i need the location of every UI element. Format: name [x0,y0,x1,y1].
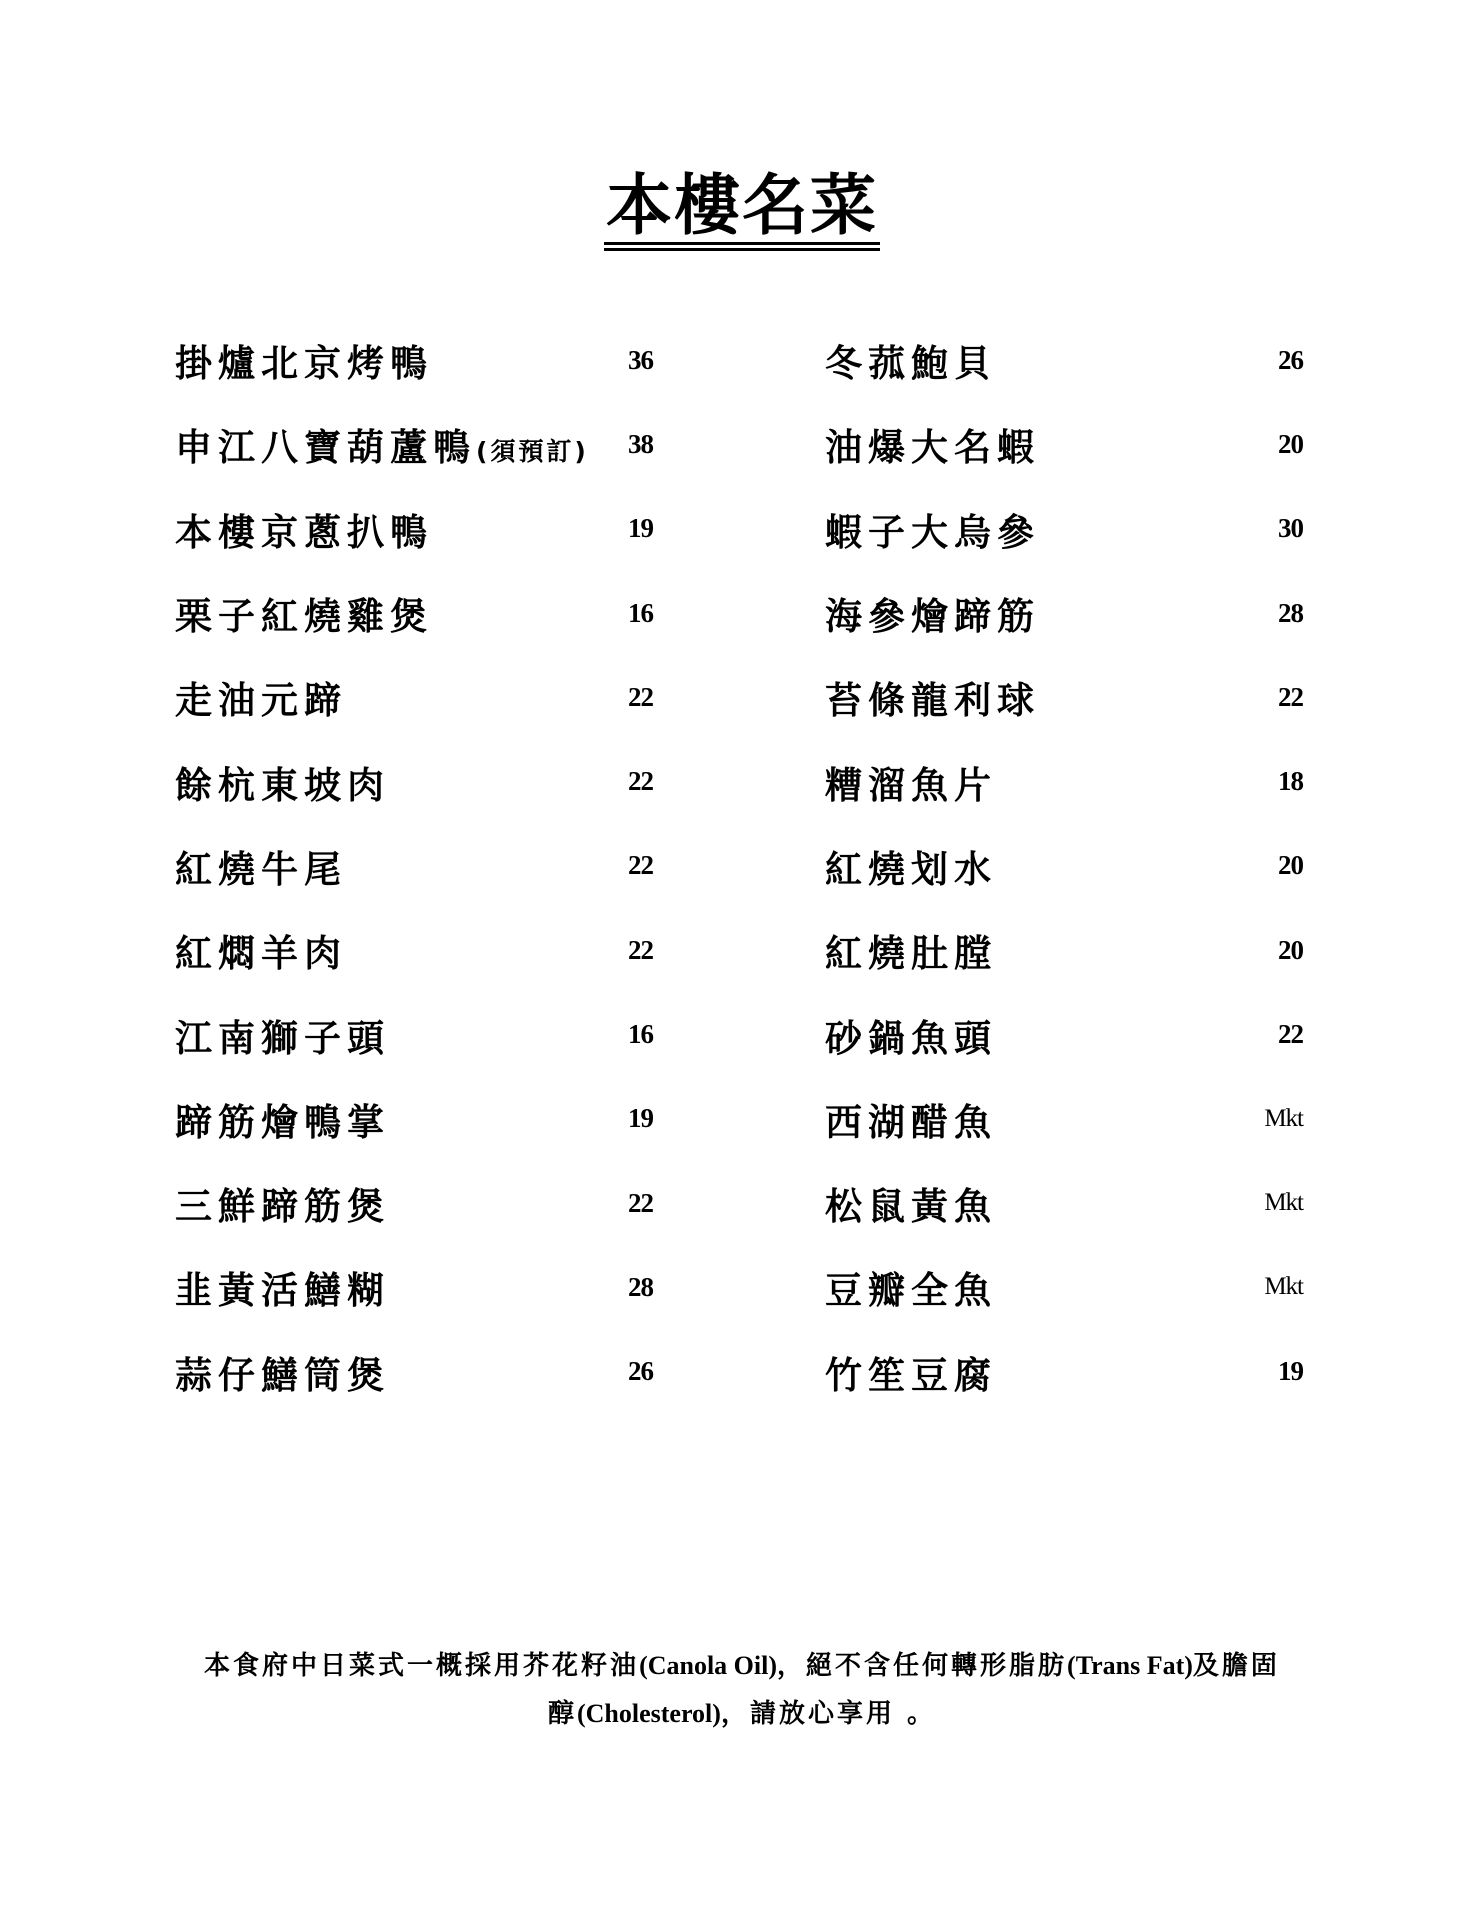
dish-name: 西湖醋魚 [825,1092,997,1146]
footer-text: (Canola Oil) [639,1651,777,1680]
menu-item: 糟溜魚片18 [825,739,1303,823]
dish-name: 走油元蹄 [175,670,347,724]
menu-item: 掛爐北京烤鴨36 [175,318,653,402]
menu-item: 韭黃活鱔糊28 [175,1245,653,1329]
dish-name: 蝦子大烏參 [825,502,1040,556]
dish-price: 28 [1278,598,1303,629]
dish-price: 18 [1278,766,1303,797]
dish-price: 22 [1278,682,1303,713]
menu-item: 苔條龍利球22 [825,655,1303,739]
dish-price: 19 [1278,1356,1303,1387]
dish-price: Mkt [1264,1189,1303,1217]
dish-price: 16 [628,598,653,629]
dish-price: 20 [1278,935,1303,966]
footer-text: 及膽固 [1193,1651,1280,1681]
menu-item: 紅燜羊肉22 [175,908,653,992]
menu-item: 油爆大名蝦20 [825,402,1303,486]
dish-name: 韭黃活鱔糊 [175,1260,390,1314]
menu-column-left: 掛爐北京烤鴨36 申江八寶葫蘆鴨(須預訂)38 本樓京蔥扒鴨19 栗子紅燒雞煲1… [175,318,653,1414]
dish-name: 松鼠黃魚 [825,1176,997,1230]
dish-name: 三鮮蹄筋煲 [175,1176,390,1230]
menu-item: 蒜仔鱔筒煲26 [175,1330,653,1414]
dish-price: 28 [628,1272,653,1303]
dish-name: 紅燒划水 [825,839,997,893]
menu-item: 申江八寶葫蘆鴨(須預訂)38 [175,402,653,486]
dish-name: 蹄筋燴鴨掌 [175,1092,390,1146]
menu-item: 栗子紅燒雞煲16 [175,571,653,655]
dish-price: 16 [628,1019,653,1050]
footer-note: 本食府中日菜式一概採用芥花籽油(Canola Oil)，絕不含任何轉形脂肪(Tr… [140,1642,1344,1738]
dish-note: (須預訂) [476,437,589,466]
dish-name: 豆瓣全魚 [825,1260,997,1314]
footer-text: 醇 [548,1699,577,1729]
menu-item: 紅燒牛尾22 [175,824,653,908]
footer-text: (Cholesterol) [577,1699,721,1728]
menu-item: 走油元蹄22 [175,655,653,739]
dish-price: 38 [628,429,653,460]
dish-name: 油爆大名蝦 [825,417,1040,471]
dish-price: 36 [628,345,653,376]
footer-line-2: 醇(Cholesterol)，請放心享用 。 [140,1690,1344,1738]
dish-price: 22 [628,1188,653,1219]
dish-price: 19 [628,1103,653,1134]
dish-price: 22 [628,850,653,881]
menu-item: 松鼠黃魚Mkt [825,1161,1303,1245]
footer-text: 本食府中日菜式一概採用芥花籽油 [204,1651,639,1681]
menu-item: 竹笙豆腐19 [825,1330,1303,1414]
dish-name: 冬菰鮑貝 [825,333,997,387]
dish-price: Mkt [1264,1105,1303,1133]
dish-name: 砂鍋魚頭 [825,1008,997,1062]
dish-price: 22 [628,766,653,797]
dish-name: 紅燒牛尾 [175,839,347,893]
dish-price: 26 [1278,345,1303,376]
dish-price: 30 [1278,513,1303,544]
dish-name: 掛爐北京烤鴨 [175,333,433,387]
dish-price: 22 [628,935,653,966]
menu-item: 紅燒肚膛20 [825,908,1303,992]
dish-price: 20 [1278,429,1303,460]
footer-line-1: 本食府中日菜式一概採用芥花籽油(Canola Oil)，絕不含任何轉形脂肪(Tr… [140,1642,1344,1690]
menu-item: 江南獅子頭16 [175,992,653,1076]
menu-item: 冬菰鮑貝26 [825,318,1303,402]
footer-text: (Trans Fat) [1067,1651,1193,1680]
menu-item: 本樓京蔥扒鴨19 [175,487,653,571]
dish-price: 19 [628,513,653,544]
menu-list: 掛爐北京烤鴨36 申江八寶葫蘆鴨(須預訂)38 本樓京蔥扒鴨19 栗子紅燒雞煲1… [0,0,1484,1920]
dish-name: 江南獅子頭 [175,1008,390,1062]
dish-name: 蒜仔鱔筒煲 [175,1345,390,1399]
menu-item: 海參燴蹄筋28 [825,571,1303,655]
dish-name: 竹笙豆腐 [825,1345,997,1399]
dish-name: 栗子紅燒雞煲 [175,586,433,640]
dish-price: 22 [628,682,653,713]
dish-price: 22 [1278,1019,1303,1050]
dish-price: Mkt [1264,1273,1303,1301]
footer-text: ，請放心享用 。 [721,1699,936,1729]
dish-name: 苔條龍利球 [825,670,1040,724]
menu-item: 蝦子大烏參30 [825,487,1303,571]
dish-name-text: 申江八寶葫蘆鴨 [175,426,476,469]
menu-item: 砂鍋魚頭22 [825,992,1303,1076]
menu-item: 豆瓣全魚Mkt [825,1245,1303,1329]
dish-name: 糟溜魚片 [825,755,997,809]
dish-price: 26 [628,1356,653,1387]
dish-name: 本樓京蔥扒鴨 [175,502,433,556]
menu-item: 餘杭東坡肉22 [175,739,653,823]
dish-name: 申江八寶葫蘆鴨(須預訂) [175,417,589,471]
dish-name: 紅燜羊肉 [175,923,347,977]
footer-text: ，絕不含任何轉形脂肪 [777,1651,1067,1681]
menu-item: 西湖醋魚Mkt [825,1077,1303,1161]
dish-name: 海參燴蹄筋 [825,586,1040,640]
menu-item: 蹄筋燴鴨掌19 [175,1077,653,1161]
menu-item: 三鮮蹄筋煲22 [175,1161,653,1245]
menu-item: 紅燒划水20 [825,824,1303,908]
dish-name: 餘杭東坡肉 [175,755,390,809]
menu-column-right: 冬菰鮑貝26 油爆大名蝦20 蝦子大烏參30 海參燴蹄筋28 苔條龍利球22 糟… [825,318,1303,1414]
dish-price: 20 [1278,850,1303,881]
dish-name: 紅燒肚膛 [825,923,997,977]
